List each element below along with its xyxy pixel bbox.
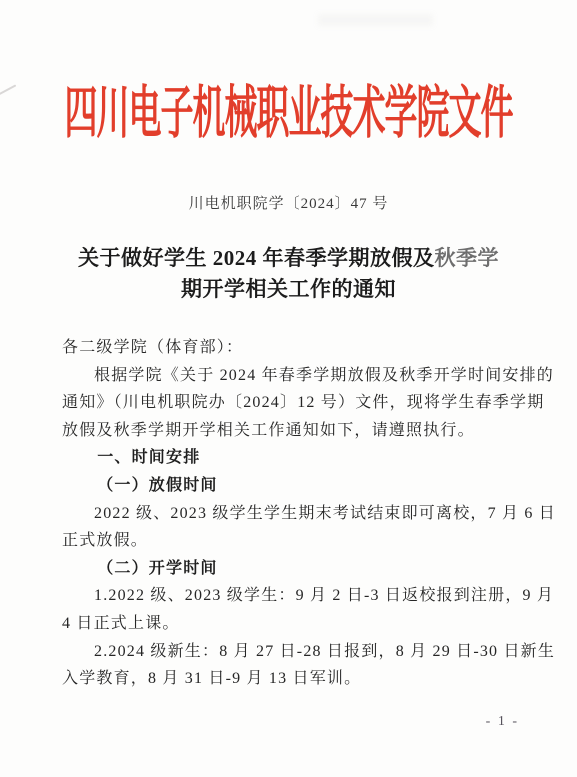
body-line: 2022 级、2023 级学生学生期末考试结束即可离校，7 月 6 日: [62, 500, 527, 528]
page-number: - 1 -: [486, 714, 519, 730]
document-body: 各二级学院（体育部）： 根据学院《关于 2024 年春季学期放假及秋季开学时间安…: [62, 334, 527, 693]
section-heading: 一、时间安排: [62, 444, 527, 472]
body-line: 1.2022 级、2023 级学生：9 月 2 日-3 日返校报到注册，9 月: [62, 582, 527, 610]
doc-title-line1-main: 关于做好学生 2024 年春季学期放假及: [78, 246, 435, 270]
subsection-heading: （一）放假时间: [62, 472, 527, 500]
doc-title-line2: 期开学相关工作的通知: [0, 274, 577, 305]
salutation-line: 各二级学院（体育部）：: [62, 334, 527, 362]
letterhead-title: 四川电子机械职业技术学院文件: [0, 86, 577, 144]
body-line: 放假及秋季学期开学相关工作通知如下，请遵照执行。: [62, 417, 527, 445]
body-line: 正式放假。: [62, 527, 527, 555]
scan-artifact-smudge: [318, 14, 433, 26]
body-line: 4 日正式上课。: [62, 610, 527, 638]
doc-number: 川电机职院学〔2024〕47 号: [0, 193, 577, 215]
subsection-heading: （二）开学时间: [62, 555, 527, 583]
document-page: 四川电子机械职业技术学院文件 川电机职院学〔2024〕47 号 关于做好学生 2…: [0, 0, 577, 777]
doc-title-line1: 关于做好学生 2024 年春季学期放假及秋季学: [0, 243, 577, 274]
body-line: 根据学院《关于 2024 年春季学期放假及秋季开学时间安排的: [62, 362, 527, 390]
body-line: 通知》（川电机职院办〔2024〕12 号）文件，现将学生春季学期: [62, 389, 527, 417]
doc-title: 关于做好学生 2024 年春季学期放假及秋季学 期开学相关工作的通知: [0, 243, 577, 305]
doc-title-line1-faded: 秋季学: [435, 246, 500, 270]
body-line: 2.2024 级新生：8 月 27 日-28 日报到，8 月 29 日-30 日…: [62, 638, 527, 666]
body-line: 入学教育，8 月 31 日-9 月 13 日军训。: [62, 665, 527, 693]
